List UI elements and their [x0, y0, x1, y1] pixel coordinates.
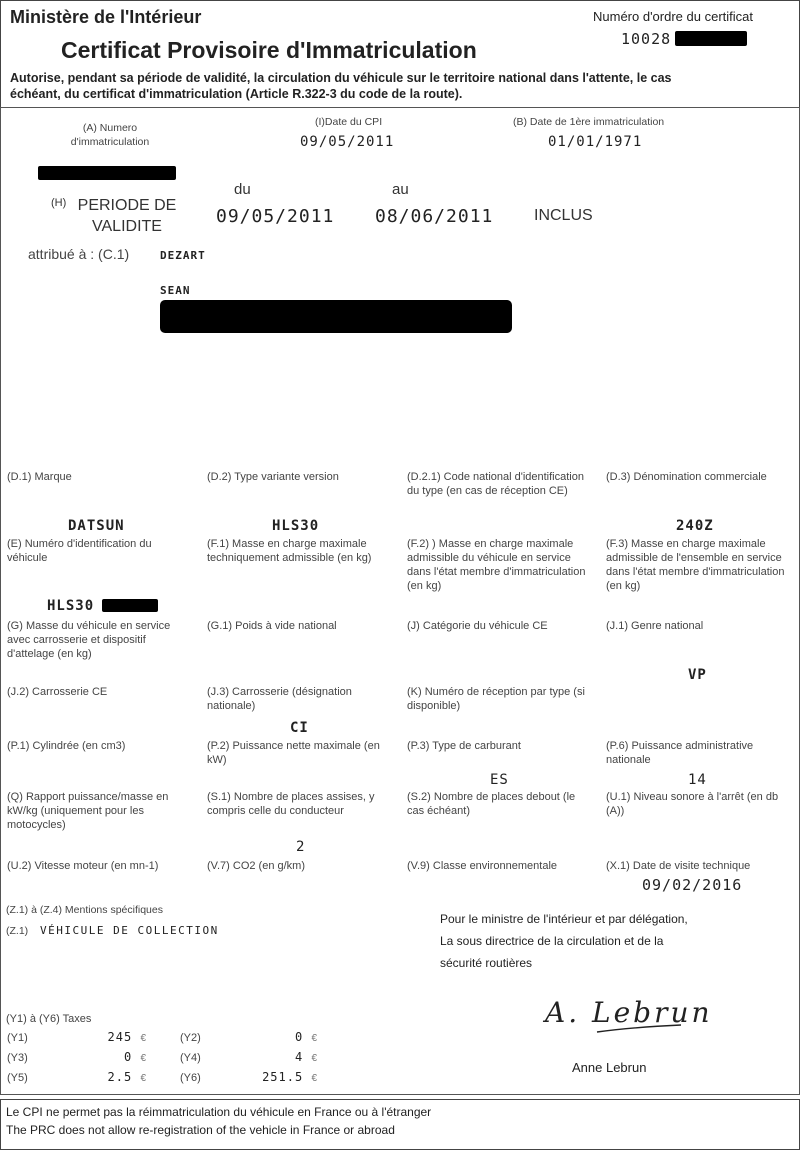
- ministry-name: Ministère de l'Intérieur: [10, 7, 201, 28]
- value-s1-seats: 2: [296, 839, 305, 855]
- tax-code: (Y2): [180, 1031, 201, 1045]
- value-x1-inspection-date: 09/02/2016: [642, 876, 742, 894]
- mentions-z1-code: (Z.1): [6, 924, 28, 938]
- label-d3: (D.3) Dénomination commerciale: [606, 470, 796, 484]
- label-p3: (P.3) Type de carburant: [407, 739, 597, 753]
- holder-label: attribué à : (C.1): [28, 246, 129, 262]
- tax-value: 0 €: [124, 1050, 147, 1064]
- validity-from-date: 09/05/2011: [216, 206, 334, 227]
- redacted-certificate-number: [675, 31, 747, 46]
- label-d21: (D.2.1) Code national d'identification d…: [407, 470, 597, 498]
- label-s1: (S.1) Nombre de places assises, y compri…: [207, 790, 387, 818]
- label-f2: (F.2) ) Masse en charge maximale admissi…: [407, 537, 597, 593]
- tax-code: (Y5): [7, 1071, 28, 1085]
- value-p3-fuel: ES: [490, 772, 509, 788]
- tax-value: 251.5 €: [262, 1070, 318, 1084]
- signature-underline: [595, 1024, 685, 1034]
- validity-to-label: au: [392, 181, 409, 198]
- euro-symbol: €: [311, 1073, 318, 1084]
- label-b: (B) Date de 1ère immatriculation: [513, 115, 664, 129]
- validity-to-date: 08/06/2011: [375, 206, 493, 227]
- tax-code: (Y1): [7, 1031, 28, 1045]
- value-b-first-registration: 01/01/1971: [548, 134, 642, 150]
- tax-code: (Y3): [7, 1051, 28, 1065]
- tax-value: 2.5 €: [108, 1070, 147, 1084]
- tax-value: 0 €: [295, 1030, 318, 1044]
- value-d2-type: HLS30: [272, 518, 319, 534]
- validity-label: PERIODE DE VALIDITE: [77, 195, 177, 237]
- label-s2: (S.2) Nombre de places debout (le cas éc…: [407, 790, 587, 818]
- label-a: (A) Numero d'immatriculation: [60, 121, 160, 149]
- label-p6: (P.6) Puissance administrative nationale: [606, 739, 786, 767]
- label-v9: (V.9) Classe environnementale: [407, 859, 597, 873]
- value-p6-fiscal-power: 14: [688, 772, 707, 788]
- taxes-title: (Y1) à (Y6) Taxes: [6, 1012, 91, 1026]
- certificate-number: 10028: [621, 30, 671, 48]
- tax-code: (Y4): [180, 1051, 201, 1065]
- label-u2: (U.2) Vitesse moteur (en mn-1): [7, 859, 197, 873]
- value-d3-commercial-name: 240Z: [676, 518, 714, 534]
- holder-first-name: SEAN: [160, 284, 191, 297]
- authorization-text: Autorise, pendant sa période de validité…: [10, 70, 790, 102]
- label-g: (G) Masse du véhicule en service avec ca…: [7, 619, 187, 661]
- label-f1: (F.1) Masse en charge maximale technique…: [207, 537, 397, 565]
- validity-inclusive: INCLUS: [534, 207, 593, 225]
- label-d1: (D.1) Marque: [7, 470, 197, 484]
- label-j1: (J.1) Genre national: [606, 619, 796, 633]
- label-p2: (P.2) Puissance nette maximale (en kW): [207, 739, 397, 767]
- label-j2: (J.2) Carrosserie CE: [7, 685, 197, 699]
- euro-symbol: €: [311, 1053, 318, 1064]
- euro-symbol: €: [140, 1073, 147, 1084]
- tax-code: (Y6): [180, 1071, 201, 1085]
- redacted-registration-number: [38, 166, 176, 180]
- footer-box: Le CPI ne permet pas la réimmatriculatio…: [0, 1099, 800, 1150]
- tax-value: 4 €: [295, 1050, 318, 1064]
- footer-line-en: The PRC does not allow re-registration o…: [6, 1123, 395, 1137]
- signature-authority: Pour le ministre de l'intérieur et par d…: [440, 908, 688, 974]
- redacted-vin-suffix: [102, 599, 158, 612]
- document-title: Certificat Provisoire d'Immatriculation: [61, 37, 477, 64]
- label-e: (E) Numéro d'identification du véhicule: [7, 537, 177, 565]
- mentions-label: (Z.1) à (Z.4) Mentions spécifiques: [6, 903, 163, 917]
- certificate-number-label: Numéro d'ordre du certificat: [593, 9, 753, 24]
- label-d2: (D.2) Type variante version: [207, 470, 397, 484]
- euro-symbol: €: [140, 1033, 147, 1044]
- tax-value: 245 €: [108, 1030, 147, 1044]
- value-i-date-cpi: 09/05/2011: [300, 134, 394, 150]
- label-q: (Q) Rapport puissance/masse en kW/kg (un…: [7, 790, 187, 832]
- label-v7: (V.7) CO2 (en g/km): [207, 859, 397, 873]
- euro-symbol: €: [140, 1053, 147, 1064]
- euro-symbol: €: [311, 1033, 318, 1044]
- validity-from-label: du: [234, 181, 251, 198]
- validity-code: (H): [51, 197, 66, 209]
- redacted-holder-address: [160, 300, 512, 333]
- value-e-vin-prefix: HLS30: [47, 598, 94, 614]
- label-k: (K) Numéro de réception par type (si dis…: [407, 685, 597, 713]
- mentions-z1-value: VÉHICULE DE COLLECTION: [40, 924, 219, 937]
- value-j1-national-genre: VP: [688, 667, 707, 683]
- header-box: Ministère de l'Intérieur Numéro d'ordre …: [0, 0, 800, 108]
- label-g1: (G.1) Poids à vide national: [207, 619, 397, 633]
- label-f3: (F.3) Masse en charge maximale admissibl…: [606, 537, 798, 593]
- footer-line-fr: Le CPI ne permet pas la réimmatriculatio…: [6, 1105, 431, 1119]
- label-p1: (P.1) Cylindrée (en cm3): [7, 739, 197, 753]
- label-j3: (J.3) Carrosserie (désignation nationale…: [207, 685, 372, 713]
- certificate-number-prefix: 10028: [621, 30, 671, 48]
- value-j3-body: CI: [290, 720, 309, 736]
- label-j: (J) Catégorie du véhicule CE: [407, 619, 597, 633]
- signatory-name: Anne Lebrun: [572, 1060, 646, 1075]
- label-u1: (U.1) Niveau sonore à l'arrêt (en db (A)…: [606, 790, 796, 818]
- label-x1: (X.1) Date de visite technique: [606, 859, 796, 873]
- value-d1-brand: DATSUN: [68, 518, 125, 534]
- holder-surname: DEZART: [160, 249, 206, 262]
- label-i: (I)Date du CPI: [315, 115, 382, 129]
